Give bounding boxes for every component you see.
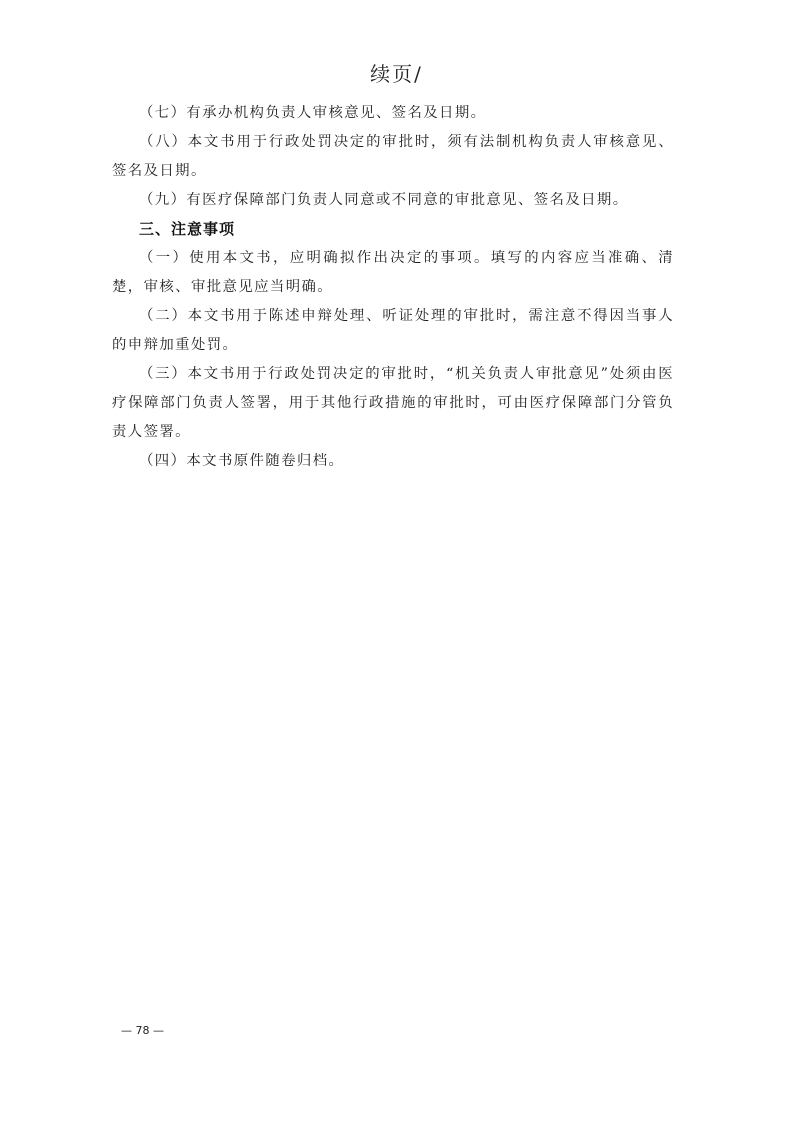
note-item-3: （三）本文书用于行政处罚决定的审批时，“机关负责人审批意见”处须由医疗保障部门负… (112, 360, 674, 447)
paragraph-item-7: （七）有承办机构负责人审核意见、签名及日期。 (112, 99, 674, 128)
document-body: （七）有承办机构负责人审核意见、签名及日期。 （八）本文书用于行政处罚决定的审批… (112, 99, 674, 476)
paragraph-item-9: （九）有医疗保障部门负责人同意或不同意的审批意见、签名及日期。 (112, 186, 674, 215)
note-item-1: （一）使用本文书，应明确拟作出决定的事项。填写的内容应当准确、清楚，审核、审批意… (112, 244, 674, 302)
note-item-2: （二）本文书用于陈述申辩处理、听证处理的审批时，需注意不得因当事人的申辩加重处罚… (112, 302, 674, 360)
page-header-continuation: 续页/ (0, 58, 793, 87)
page-number: — 78 — (121, 1024, 164, 1037)
note-item-4: （四）本文书原件随卷归档。 (112, 447, 674, 476)
paragraph-item-8: （八）本文书用于行政处罚决定的审批时，须有法制机构负责人审核意见、签名及日期。 (112, 128, 674, 186)
section-heading-notes: 三、注意事项 (112, 215, 674, 244)
